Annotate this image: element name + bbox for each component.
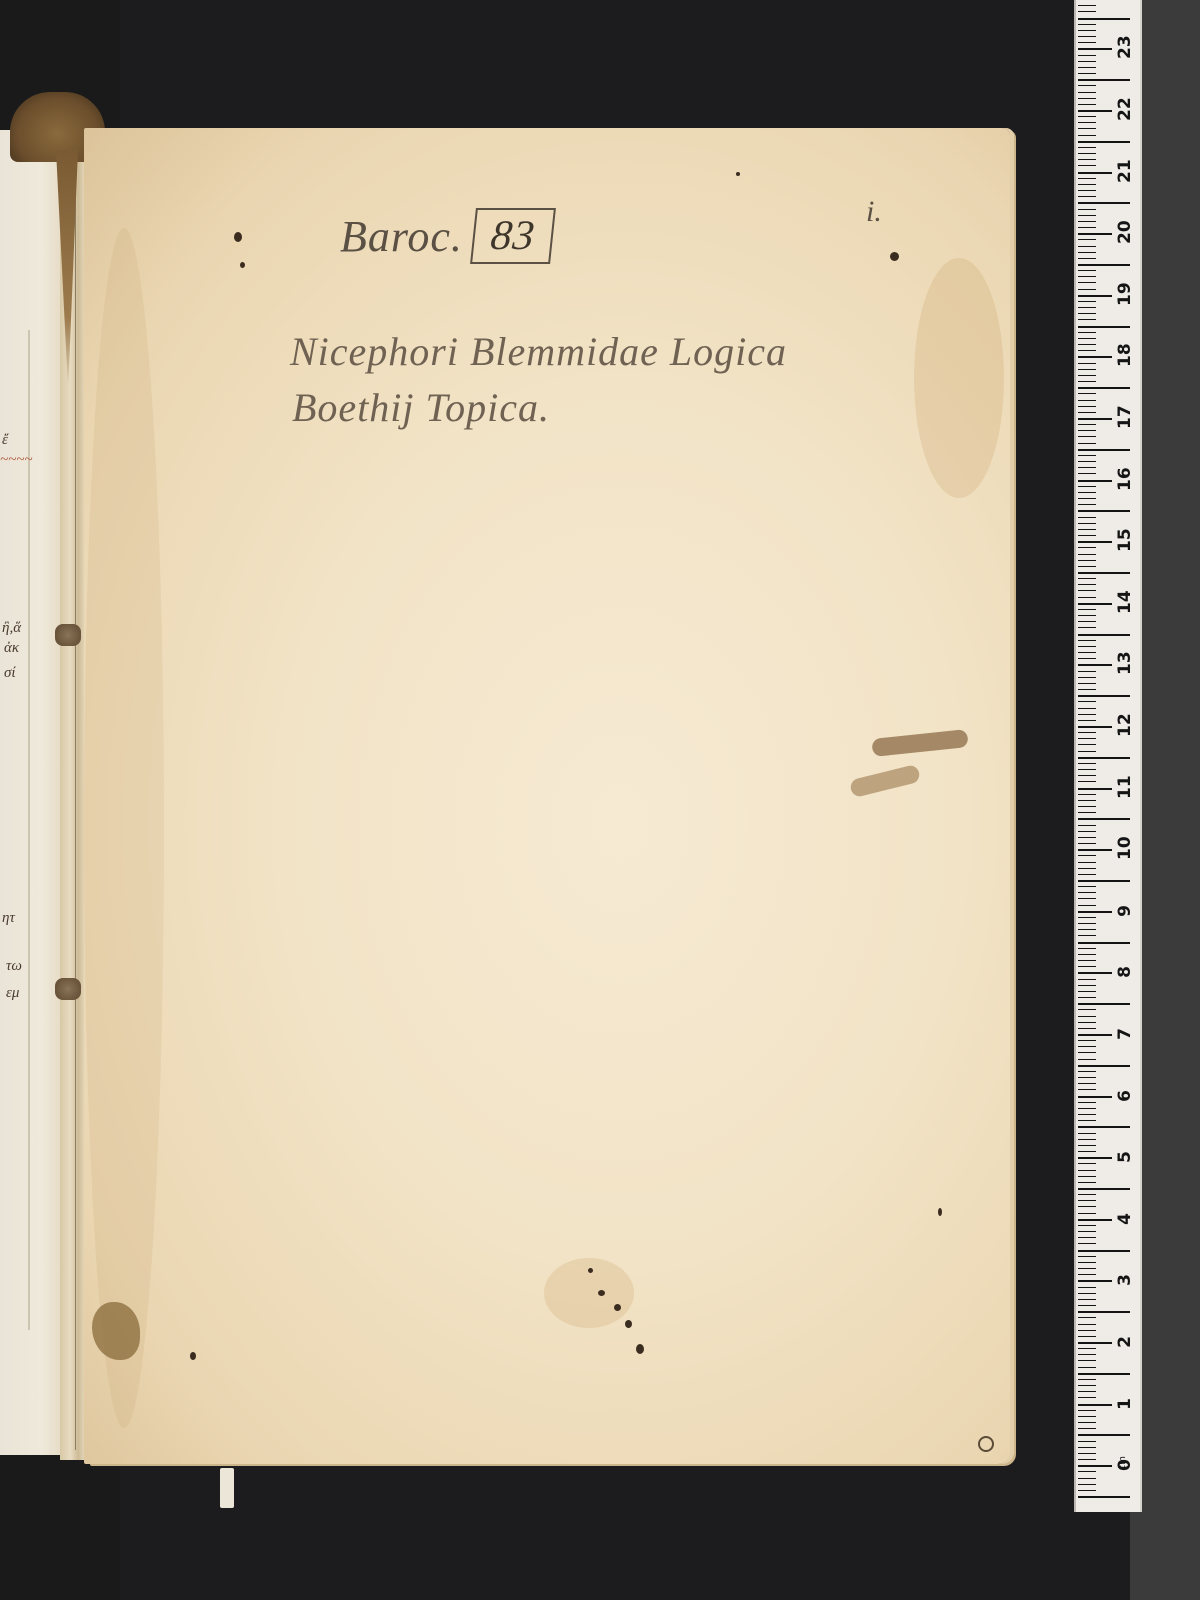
ruler-tick <box>1078 1379 1096 1380</box>
ruler-number: 1 <box>1115 1393 1135 1415</box>
ruler-tick <box>1078 141 1130 143</box>
ruler-tick <box>1078 572 1130 574</box>
ruler-tick <box>1078 1139 1096 1140</box>
ruler-tick <box>1078 855 1096 856</box>
ruler-tick <box>1078 590 1096 591</box>
ruler-tick <box>1078 104 1096 105</box>
ruler-tick <box>1078 473 1096 474</box>
ruler-tick <box>1078 714 1096 715</box>
ruler-tick <box>1078 1009 1096 1010</box>
ruler-number: 16 <box>1115 469 1135 491</box>
ruler-tick <box>1078 757 1130 759</box>
ruler-tick <box>1078 239 1096 240</box>
ruler-tick <box>1078 862 1096 863</box>
ruler-tick <box>1078 264 1130 266</box>
ruler-tick <box>1078 172 1112 174</box>
ink-spot <box>190 1352 196 1360</box>
ruler-number: 9 <box>1115 900 1135 922</box>
ruler-tick <box>1078 1096 1112 1098</box>
ruler-tick <box>1078 1016 1096 1017</box>
ruler-tick <box>1078 1434 1130 1436</box>
ruler-tick <box>1078 560 1096 561</box>
ruler-tick <box>1078 627 1096 628</box>
ruler-tick <box>1078 498 1096 499</box>
ruler-number: 13 <box>1115 653 1135 675</box>
ruler-tick <box>1078 424 1096 425</box>
ink-spot <box>636 1344 644 1354</box>
ruler-tick <box>1078 5 1096 6</box>
ruler-tick <box>1078 178 1096 179</box>
ruler-tick <box>1078 1305 1096 1306</box>
ruler-tick <box>1078 122 1096 123</box>
ruler-number: 14 <box>1115 592 1135 614</box>
ruler-tick <box>1078 282 1096 283</box>
ruler-tick <box>1078 24 1096 25</box>
ruler-tick <box>1078 812 1096 813</box>
ruler-tick <box>1078 640 1096 641</box>
ruler-tick <box>1078 738 1096 739</box>
ruler-tick <box>1078 905 1096 906</box>
ruler-tick <box>1078 806 1096 807</box>
greek-text-fragment: σί <box>4 665 16 682</box>
ink-spot <box>588 1268 593 1273</box>
ruler-tick <box>1078 720 1096 721</box>
title-line-2: Boethij Topica. <box>292 384 550 431</box>
ruler-number: 3 <box>1115 1269 1135 1291</box>
ruler-tick <box>1078 1342 1112 1344</box>
ruler-tick <box>1078 578 1096 579</box>
ruler-tick <box>1078 1145 1096 1146</box>
ruler-number: 19 <box>1115 284 1135 306</box>
ruler-tick <box>1078 597 1096 598</box>
ruler-tick <box>1078 1163 1096 1164</box>
ruler-tick <box>1078 1176 1096 1177</box>
ruler-tick <box>1078 289 1096 290</box>
ruler-tick <box>1078 1360 1096 1361</box>
ruler-tick <box>1078 763 1096 764</box>
ruler-tick <box>1078 1046 1096 1047</box>
ruler-tick <box>1078 615 1096 616</box>
ruler-tick <box>1078 1428 1096 1429</box>
ruler-tick <box>1078 929 1096 930</box>
ruler-tick <box>1078 997 1096 998</box>
ruler-tick <box>1078 1188 1130 1190</box>
ruler-tick <box>1078 1133 1096 1134</box>
ruler-tick <box>1078 443 1096 444</box>
ruler-tick <box>1078 147 1096 148</box>
ruler-number: 15 <box>1115 530 1135 552</box>
ruler-tick <box>1078 1373 1130 1375</box>
ruler-tick <box>1078 369 1096 370</box>
ruler-tick <box>1078 350 1096 351</box>
ruler-tick <box>1078 1410 1096 1411</box>
ruler-tick <box>1078 1404 1112 1406</box>
ruler-tick <box>1078 326 1130 328</box>
ruler-tick <box>1078 128 1096 129</box>
ruler-tick <box>1078 751 1096 752</box>
ruler-tick <box>1078 541 1112 543</box>
ruler-tick <box>1078 1028 1096 1029</box>
ruler-tick <box>1078 1151 1096 1152</box>
ruler-tick <box>1078 1465 1112 1467</box>
ruler-tick <box>1078 55 1096 56</box>
ruler-tick <box>1078 744 1096 745</box>
ink-spot <box>598 1290 605 1296</box>
ink-spot <box>240 262 245 268</box>
ruler-tick <box>1078 215 1096 216</box>
ruler-tick <box>1078 233 1112 235</box>
ruler-tick <box>1078 85 1096 86</box>
ruler-tick <box>1078 794 1096 795</box>
ruler-tick <box>1078 831 1096 832</box>
ruler-number: 22 <box>1115 99 1135 121</box>
ruler-tick <box>1078 393 1096 394</box>
ruler-number: 4 <box>1115 1208 1135 1230</box>
ruler-tick <box>1078 911 1112 913</box>
ruler-tick <box>1078 1182 1096 1183</box>
title-line-1: Nicephori Blemmidae Logica <box>290 328 787 375</box>
ruler-tick <box>1078 338 1096 339</box>
ruler-tick <box>1078 954 1096 955</box>
ruler-tick <box>1078 566 1096 567</box>
ruler-tick <box>1078 979 1096 980</box>
ruler-tick <box>1078 683 1096 684</box>
ruler-tick <box>1078 258 1096 259</box>
ruler-number: 2 <box>1115 1331 1135 1353</box>
ruler-tick <box>1078 1385 1096 1386</box>
ruler-tick <box>1078 492 1096 493</box>
ruler-tick <box>1078 1293 1096 1294</box>
ruler-tick <box>1078 406 1096 407</box>
ruler-number: 17 <box>1115 407 1135 429</box>
ruler-tick <box>1078 1114 1096 1115</box>
ink-spot <box>614 1304 621 1311</box>
ruler-tick <box>1078 1311 1130 1313</box>
ruler-tick <box>1078 270 1096 271</box>
measurement-ruler: cm 0123456789101112131415161718192021222… <box>1074 0 1140 1512</box>
ruler-number: 5 <box>1115 1146 1135 1168</box>
ruler-tick <box>1078 467 1096 468</box>
ruler-tick <box>1078 1170 1096 1171</box>
ruler-tick <box>1078 726 1112 728</box>
greek-text-fragment: εμ <box>6 985 19 1002</box>
ruler-number: 12 <box>1115 715 1135 737</box>
ruler-tick <box>1078 375 1096 376</box>
ruler-number: 11 <box>1115 777 1135 799</box>
ruler-tick <box>1078 689 1096 690</box>
ruler-tick <box>1078 48 1112 50</box>
greek-text-fragment: ἢ,ἅ <box>2 620 21 637</box>
ruler-number: 6 <box>1115 1085 1135 1107</box>
ruler-tick <box>1078 1324 1096 1325</box>
sewing-station <box>55 624 81 646</box>
ruler-tick <box>1078 972 1112 974</box>
ruler-tick <box>1078 843 1096 844</box>
ruler-tick <box>1078 1367 1096 1368</box>
ruler-tick <box>1078 849 1112 851</box>
ruler-tick <box>1078 61 1096 62</box>
ruler-tick <box>1078 165 1096 166</box>
ruler-tick <box>1078 381 1096 382</box>
ink-spot <box>938 1208 942 1216</box>
ruler-tick <box>1078 202 1130 204</box>
ruler-tick <box>1078 1052 1096 1053</box>
ruler-tick <box>1078 1083 1096 1084</box>
ruler-tick <box>1078 1441 1096 1442</box>
ruler-tick <box>1078 732 1096 733</box>
ruler-tick <box>1078 135 1096 136</box>
ruler-tick <box>1078 1459 1096 1460</box>
ruler-tick <box>1078 461 1096 462</box>
ruler-tick <box>1078 517 1096 518</box>
ruler-tick <box>1078 1065 1130 1067</box>
sewing-station <box>55 978 81 1000</box>
ruler-tick <box>1078 781 1096 782</box>
ruler-tick <box>1078 935 1096 936</box>
ruler-tick <box>1078 609 1096 610</box>
ruler-tick <box>1078 1348 1096 1349</box>
ruler-tick <box>1078 775 1096 776</box>
ruler-tick <box>1078 1120 1096 1121</box>
ruler-tick <box>1078 209 1096 210</box>
ruler-tick <box>1078 1354 1096 1355</box>
ruler-tick <box>1078 886 1096 887</box>
ruler-tick <box>1078 387 1130 389</box>
ruler-tick <box>1078 868 1096 869</box>
ruler-tick <box>1078 985 1096 986</box>
ruler-tick <box>1078 1034 1112 1036</box>
ruler-tick <box>1078 73 1096 74</box>
ruler-tick <box>1078 529 1096 530</box>
ruler-tick <box>1078 1231 1096 1232</box>
ruler-tick <box>1078 1059 1096 1060</box>
ruler-tick <box>1078 1040 1096 1041</box>
ruler-tick <box>1078 98 1096 99</box>
ruler-tick <box>1078 1274 1096 1275</box>
foxing-stain <box>914 258 1004 498</box>
ruler-tick <box>1078 363 1096 364</box>
ruler-tick <box>1078 1250 1130 1252</box>
ink-spot <box>234 232 242 242</box>
ruler-tick <box>1078 991 1096 992</box>
paper-crack <box>28 330 30 1330</box>
ruler-tick <box>1078 695 1130 697</box>
ruler-tick <box>1078 708 1096 709</box>
ruler-tick <box>1078 344 1096 345</box>
ruler-tick <box>1078 1391 1096 1392</box>
greek-text-fragment: ητ <box>2 910 15 927</box>
ruler-tick <box>1078 1108 1096 1109</box>
shelfmark-prefix: Baroc. <box>340 211 463 262</box>
ruler-tick <box>1078 1416 1096 1417</box>
ruler-tick <box>1078 535 1096 536</box>
ruler-tick <box>1078 1213 1096 1214</box>
ruler-tick <box>1078 917 1096 918</box>
backdrop-right <box>1130 0 1200 1600</box>
ruler-tick <box>1078 196 1096 197</box>
greek-text-fragment: ἔ <box>2 432 8 449</box>
ruler-tick <box>1078 800 1096 801</box>
corner-mark <box>978 1436 994 1452</box>
ruler-tick <box>1078 418 1112 420</box>
ruler-number: 23 <box>1115 37 1135 59</box>
ruler-tick <box>1078 400 1096 401</box>
ruler-tick <box>1078 116 1096 117</box>
folio-number: i. <box>866 195 882 229</box>
ruler-tick <box>1078 79 1130 81</box>
ruler-tick <box>1078 67 1096 68</box>
ruler-tick <box>1078 1200 1096 1201</box>
ruler-number: 10 <box>1115 838 1135 860</box>
ruler-tick <box>1078 1453 1096 1454</box>
ruler-tick <box>1078 11 1096 12</box>
ruler-tick <box>1078 36 1096 37</box>
ruler-tick <box>1078 1317 1096 1318</box>
ruler-tick <box>1078 1268 1096 1269</box>
ruler-tick <box>1078 449 1130 451</box>
ruler-tick <box>1078 455 1096 456</box>
ruler-tick <box>1078 825 1096 826</box>
greek-text-fragment: ~~~~ <box>0 452 32 469</box>
foxing-stain <box>84 228 164 1428</box>
ruler-tick <box>1078 1336 1096 1337</box>
ruler-tick <box>1078 301 1096 302</box>
gutter <box>60 130 86 1460</box>
gutter-fold-line <box>75 140 76 1450</box>
ruler-tick <box>1078 948 1096 949</box>
ruler-tick <box>1078 30 1096 31</box>
ruler-tick <box>1078 671 1096 672</box>
ruler-tick <box>1078 110 1112 112</box>
ruler-tick <box>1078 1484 1096 1485</box>
ruler-tick <box>1078 788 1112 790</box>
ruler-tick <box>1078 1126 1130 1128</box>
ruler-tick <box>1078 227 1096 228</box>
ruler-tick <box>1078 153 1096 154</box>
ruler-tick <box>1078 1022 1096 1023</box>
ruler-tick <box>1078 504 1096 505</box>
ruler-number: 8 <box>1115 961 1135 983</box>
ruler-tick <box>1078 159 1096 160</box>
ruler-tick <box>1078 1237 1096 1238</box>
ruler-tick <box>1078 430 1096 431</box>
ruler-tick <box>1078 1077 1096 1078</box>
ruler-tick <box>1078 898 1096 899</box>
ruler-tick <box>1078 584 1096 585</box>
shelfmark: Baroc. 83 <box>340 208 553 264</box>
ruler-tick <box>1078 677 1096 678</box>
ruler-tick <box>1078 486 1096 487</box>
ruler-tick <box>1078 276 1096 277</box>
ruler-tick <box>1078 880 1130 882</box>
ruler-tick <box>1078 1397 1096 1398</box>
greek-text-fragment: ἀκ <box>4 640 19 657</box>
ruler-tick <box>1078 1299 1096 1300</box>
ruler-tick <box>1078 1422 1096 1423</box>
ruler-tick <box>1078 1243 1096 1244</box>
ruler-tick <box>1078 190 1096 191</box>
ruler-tick <box>1078 1102 1096 1103</box>
greek-text-fragment: τω <box>6 958 22 975</box>
ruler-tick <box>1078 658 1096 659</box>
ruler-tick <box>1078 18 1130 20</box>
ruler-tick <box>1078 356 1112 358</box>
ruler-tick <box>1078 942 1130 944</box>
ruler-tick <box>1078 634 1130 636</box>
ruler-tick <box>1078 1478 1096 1479</box>
ink-spot <box>890 252 899 261</box>
ruler-tick <box>1078 480 1112 482</box>
paper-tab <box>220 1468 234 1508</box>
ruler-tick <box>1078 1157 1112 1159</box>
ruler-tick <box>1078 554 1096 555</box>
ruler-tick <box>1078 1194 1096 1195</box>
ruler-tick <box>1078 1496 1130 1498</box>
ruler-tick <box>1078 701 1096 702</box>
ruler-tick <box>1078 652 1096 653</box>
ruler-tick <box>1078 1225 1096 1226</box>
ruler-tick <box>1078 1256 1096 1257</box>
ruler-tick <box>1078 1003 1130 1005</box>
ruler-tick <box>1078 319 1096 320</box>
ruler-tick <box>1078 92 1096 93</box>
ruler-tick <box>1078 923 1096 924</box>
ruler-tick <box>1078 646 1096 647</box>
ruler-number: 0 <box>1115 1454 1135 1476</box>
ruler-tick <box>1078 1206 1096 1207</box>
ruler-tick <box>1078 307 1096 308</box>
ruler-number: 18 <box>1115 345 1135 367</box>
ruler-tick <box>1078 1287 1096 1288</box>
ruler-tick <box>1078 960 1096 961</box>
ruler-tick <box>1078 966 1096 967</box>
ink-spot <box>736 172 740 176</box>
ruler-tick <box>1078 837 1096 838</box>
ruler-tick <box>1078 874 1096 875</box>
ruler-tick <box>1078 1330 1096 1331</box>
ruler-tick <box>1078 1447 1096 1448</box>
ruler-tick <box>1078 412 1096 413</box>
ruler-tick <box>1078 1280 1112 1282</box>
ruler-tick <box>1078 523 1096 524</box>
ruler-tick <box>1078 1219 1112 1221</box>
ruler-tick <box>1078 436 1096 437</box>
ruler-tick <box>1078 892 1096 893</box>
ink-spot <box>625 1320 632 1328</box>
ruler-tick <box>1078 252 1096 253</box>
ruler-tick <box>1078 1490 1096 1491</box>
ruler-number: 20 <box>1115 222 1135 244</box>
ruler-tick <box>1078 313 1096 314</box>
ruler-tick <box>1078 42 1096 43</box>
ruler-tick <box>1078 184 1096 185</box>
ruler-tick <box>1078 332 1096 333</box>
ruler-number: 7 <box>1115 1023 1135 1045</box>
ruler-tick <box>1078 1071 1096 1072</box>
ruler-tick <box>1078 246 1096 247</box>
ruler-tick <box>1078 1262 1096 1263</box>
ruler-tick <box>1078 510 1130 512</box>
ruler-tick <box>1078 295 1112 297</box>
ruler-tick <box>1078 664 1112 666</box>
shelfmark-number: 83 <box>470 208 556 264</box>
ruler-tick <box>1078 621 1096 622</box>
ruler-tick <box>1078 547 1096 548</box>
ruler-tick <box>1078 1471 1096 1472</box>
ruler-number: 21 <box>1115 161 1135 183</box>
ruler-tick <box>1078 221 1096 222</box>
ruler-tick <box>1078 603 1112 605</box>
